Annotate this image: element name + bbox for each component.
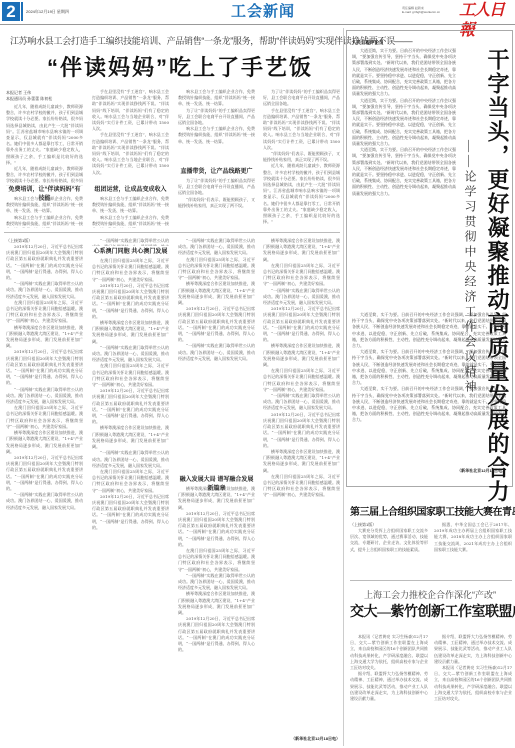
- issue-date: 2024年12月19日 星期四: [26, 9, 69, 15]
- page-number-bar: [21, 2, 23, 21]
- story3-col-1: 本报讯（记者黄亮 实习生杨森)12月17日，交大—紫竹创新工作室联盟在上海成立，…: [350, 634, 428, 744]
- story-divider: [4, 232, 340, 233]
- commentary-label: 人民日报评论员: [352, 40, 384, 46]
- main-col-2b: 响水县工会与手工编织企业合作，免费教授钩针编织技能，组织“伴读妈妈”统一接单、统…: [92, 196, 169, 228]
- byline-correspondent: 本报通讯员 孙蕾蕾 陈初松: [6, 96, 52, 102]
- macau-credit: （新华社北京12月18日电）: [263, 736, 340, 742]
- macau-col-2-top: “一国两制”实践在澳门取得举世公认的成功。澳门各界团结一心，爱国爱澳，推动经济适…: [92, 238, 169, 246]
- main-col-1b: 响水县工会与手工编织企业合作，免费教授钩针编织技能，组织“伴读妈妈”统一接单、统…: [6, 196, 83, 228]
- editor-contact: 责任编辑 赵新来 E-mail: grrbgh@workercn.cn: [402, 6, 457, 14]
- story3-headline: 交大—紫竹创新工作室联盟成立: [350, 604, 510, 622]
- main-col-4: 为了让“伴读妈妈”的手工编织品卖得更好，县工会联合电商平台开设直播间，产品远销全…: [263, 89, 340, 228]
- macau-col-1: 2019年12月20日，习近平总书记出席庆祝澳门回归祖国20周年大会暨澳门特别行…: [6, 244, 83, 744]
- story2-col-2: 据悉，中华全国总工会已于2017年、2019年成功主办两届上合组织国家职工技能大…: [434, 522, 512, 572]
- email-line: E-mail: grrbgh@workercn.cn: [402, 10, 457, 14]
- main-headline: “伴读妈妈”吃上了手艺饭: [30, 54, 330, 82]
- main-col-2: 手在县里没有“手工迷宫”，响水县工会打造编织培训、产品销售“一条龙”服务，帮助“…: [92, 89, 169, 186]
- macau-subhead-1: 心系澳门同胞 共心澳门发展: [92, 248, 169, 257]
- macau-col-2: 在澳门回归祖国25周年之际，习近平总书记的深情关怀让澳门同胞倍感温暖。澳门特区政…: [92, 258, 169, 744]
- story2-headline: 第三届上合组织国家职工技能大赛在青岛开幕: [350, 506, 510, 520]
- story2-col-1: 大赛充分发挥上合组织国家职工交流多层次、宽领域的优势，通过赛事活动，技能交流，专…: [350, 528, 428, 572]
- macau-col-3: “一国两制”实践在澳门取得举世公认的成功。澳门各界团结一心，爱国爱澳，推动经济适…: [178, 238, 255, 474]
- macau-col-3b: 横琴粤澳深度合作区建设加快推进，澳门积极融入粤港澳大湾区建设，“1+4”产业发展…: [178, 486, 255, 744]
- main-subhead-3: 直播带货，让产品线路更广: [178, 168, 255, 177]
- commentary-body-bottom: 大道至简，实干为要。日前召开的中央经济工作会议强调，“要加强宣传引导，坚持干字当…: [352, 312, 506, 464]
- story2-divider: [350, 580, 512, 581]
- page-number: 2: [2, 2, 20, 21]
- commentary-body-top: 大道至简，实干为要。日前召开的中央经济工作会议强调，“要加强宣传引导，坚持干字当…: [352, 48, 456, 310]
- commentary-credit: （新华社北京12月18日电）: [400, 468, 506, 474]
- column-divider: [343, 28, 344, 746]
- section-title: 工会新闻: [231, 3, 295, 21]
- story3-kicker: 上海工会力推校企合作深化“产改”: [350, 589, 510, 601]
- main-subhead-2: 组团运营，让成品变成收入: [92, 186, 169, 195]
- macau-col-4: 横琴粤澳深度合作区建设加快推进，澳门积极融入粤港澳大湾区建设，“1+4”产业发展…: [263, 238, 340, 734]
- masthead-rule: [0, 24, 515, 25]
- story3-col-2: 据介绍，联盟将大力弘扬劳模精神、劳动精神、工匠精神，通过举办技术交流、成果展示、…: [434, 634, 512, 744]
- main-col-3b: 为了让“伴读妈妈”的手工编织品卖得更好，县工会联合电商平台开设直播间，产品远销全…: [178, 178, 255, 228]
- main-col-3: 响水县工会与手工编织企业合作，免费教授钩针编织技能，组织“伴读妈妈”统一接单、统…: [178, 89, 255, 164]
- main-kicker: 江苏响水县工会打造手工编织技能培训、产品销售“一条龙”服务，帮助“伴读妈妈”实现…: [10, 36, 335, 47]
- main-col-1: 近几年，随着成龄儿童减少，教师资源整合，许多农村学校的撤并，孩子们到县城学校就读…: [6, 104, 83, 186]
